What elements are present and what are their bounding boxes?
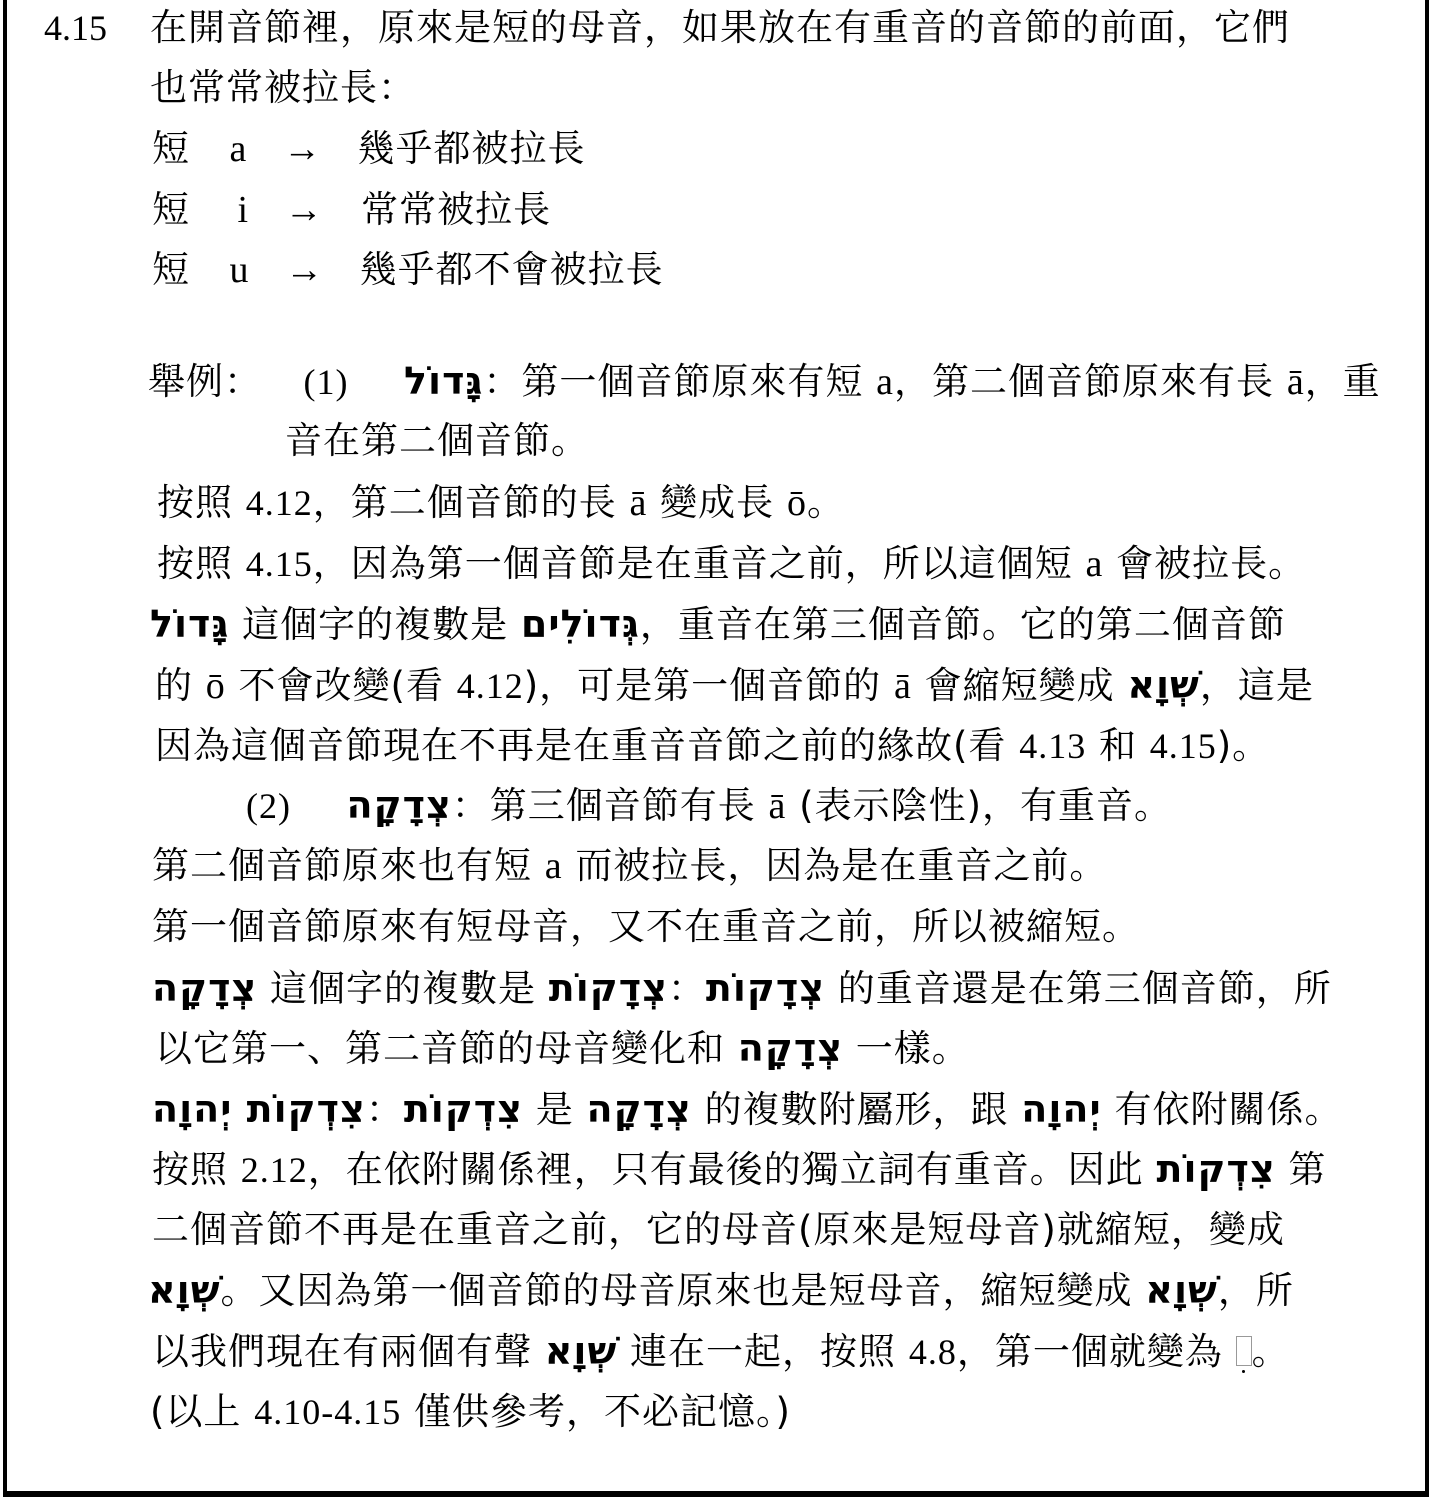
rule-label: 短: [152, 127, 190, 170]
text: 的: [155, 664, 206, 707]
example1-p1: 按照 4.12，第二個音節的長 ā 變成長 ō。: [157, 479, 845, 527]
text: ，重音在第三個音節。它的第二個音節: [640, 603, 1286, 646]
vowel: ā: [630, 482, 648, 524]
intro-line-2: 也常常被拉長：: [150, 64, 416, 112]
text: (表示陰性)，有重音。: [786, 784, 1172, 827]
example-lead: 舉例：: [148, 360, 262, 403]
hebrew-word: צְדָקָה: [347, 781, 452, 829]
text: ，所: [1218, 1269, 1294, 1312]
intro-line-1: 在開音節裡，原來是短的母音，如果放在有重音的音節的前面，它們: [150, 4, 1290, 52]
text: ：: [366, 1088, 404, 1131]
text: 第二個音節原來也有短: [152, 844, 545, 887]
example2-l6: צִדְקוֹת יְהוָה：צִדְקוֹת 是 צְדָקָה 的複數附屬…: [152, 1085, 1342, 1133]
text: 會被拉長。: [1103, 542, 1306, 585]
text: 以我們現在有兩個有聲: [152, 1330, 545, 1373]
example2-header: (2) צְדָקָה：第三個音節有長 ā (表示陰性)，有重音。: [246, 781, 1172, 829]
hebrew-construct-phrase: צִדְקוֹת יְהוָה: [152, 1085, 366, 1133]
example2-l5: 以它第一、第二音節的母音變化和 צְדָקָה 一樣。: [155, 1024, 970, 1072]
intro-text-2: 也常常被拉長：: [150, 66, 416, 109]
rule-vowel: a: [230, 128, 248, 170]
rule-result: 幾乎都不會被拉長: [360, 248, 664, 291]
text: 一樣。: [843, 1027, 970, 1070]
text: 因為這個音節現在不再是在重音音節之前的緣故(看: [155, 724, 1019, 767]
section-ref: 4.12: [246, 483, 313, 523]
text: 二個音節不再是在重音之前，它的母音(原來是短母音)就縮短，變成: [152, 1208, 1285, 1251]
text: 以它第一、第二音節的母音變化和: [155, 1027, 738, 1070]
example-index: (1): [304, 362, 349, 402]
vowel: ā: [769, 785, 787, 827]
text: 連在一起，按照: [617, 1330, 909, 1373]
text: ，第一個就變為: [957, 1330, 1236, 1373]
hebrew-plural: גְּדוֹלִים: [521, 600, 640, 648]
text: ，在依附關係裡，只有最後的獨立詞有重音。因此: [308, 1148, 1157, 1191]
hebrew-sheva: שְׁוָא: [1127, 661, 1200, 709]
text: 僅供參考，不必記憶。): [401, 1390, 791, 1433]
text: 是: [523, 1088, 587, 1131]
text: 按照: [157, 542, 246, 585]
example-index: (2): [246, 786, 291, 826]
desc-text: ，重: [1305, 360, 1381, 403]
text: ：第三個音節有長: [452, 784, 769, 827]
text: 。又因為第一個音節的母音原來也是短母音，縮短變成: [221, 1269, 1146, 1312]
example2-l3: 第一個音節原來有短母音，又不在重音之前，所以被縮短。: [152, 903, 1140, 951]
hebrew-construct: צִדְקוֹת: [404, 1085, 523, 1133]
example1-p4: 的 ō 不會改變(看 4.12)，可是第一個音節的 ā 會縮短變成 שְׁוָא…: [155, 661, 1314, 709]
text: ，第二個音節的長: [313, 481, 630, 524]
example2-l7: 按照 2.12，在依附關係裡，只有最後的獨立詞有重音。因此 צִדְקוֹת 第: [152, 1145, 1326, 1193]
rule-result: 幾乎都被拉長: [357, 127, 585, 170]
rule-row: 短 i → 常常被拉長: [152, 186, 551, 234]
text: 這個字的複數是: [257, 967, 549, 1010]
text: 的重音還是在第三個音節，所: [825, 967, 1332, 1010]
text: ，因為第一個音節是在重音之前，所以這個短: [313, 542, 1086, 585]
text: ，這是: [1200, 664, 1314, 707]
text: 的複數附屬形，跟: [692, 1088, 1022, 1131]
rule-row: 短 a → 幾乎都被拉長: [152, 125, 585, 173]
example1-header: 舉例： (1) גָּדוֹל：第一個音節原來有短 a，第二個音節原來有長 ā，…: [148, 357, 1381, 405]
desc-text: 音在第二個音節。: [285, 419, 589, 462]
example1-cont: 音在第二個音節。: [285, 417, 589, 465]
rule-row: 短 u → 幾乎都不會被拉長: [152, 246, 664, 294]
desc-text: ，第二個音節原來有長: [894, 360, 1287, 403]
section-ref: 4.8: [909, 1332, 957, 1372]
vowel: ō: [787, 482, 807, 524]
arrow-icon: →: [285, 189, 324, 231]
hebrew-word: צְדָקָה: [586, 1085, 691, 1133]
vowel: a: [876, 361, 894, 403]
rule-label: 短: [152, 188, 190, 231]
missing-glyph-icon: [1236, 1336, 1252, 1366]
text: (以上: [150, 1390, 254, 1433]
example2-l4: צְדָקָה 這個字的複數是 צְדָקוֹת：צְדָקוֹת 的重音還是在…: [152, 964, 1332, 1012]
text: 和: [1086, 724, 1150, 767]
example2-l2: 第二個音節原來也有短 a 而被拉長，因為是在重音之前。: [152, 842, 1107, 890]
rule-result: 常常被拉長: [361, 188, 551, 231]
text: )。: [1217, 724, 1270, 767]
hebrew-sheva: שְׁוָא: [1145, 1266, 1218, 1314]
arrow-icon: →: [285, 249, 324, 291]
hebrew-word: צְדָקָה: [738, 1024, 843, 1072]
text: 第一個音節原來有短母音，又不在重音之前，所以被縮短。: [152, 905, 1140, 948]
hebrew-word: גָּדוֹל: [404, 357, 483, 405]
example1-p2: 按照 4.15，因為第一個音節是在重音之前，所以這個短 a 會被拉長。: [157, 540, 1306, 588]
rule-label: 短: [152, 248, 190, 291]
text: 會縮短變成: [912, 664, 1128, 707]
hebrew-sheva: שְׁוָא: [148, 1266, 221, 1314]
section-ref: 4.13: [1019, 726, 1086, 766]
section-ref: 2.12: [241, 1150, 308, 1190]
text: 有依附關係。: [1102, 1088, 1343, 1131]
hebrew-word: צְדָקָה: [152, 964, 257, 1012]
vowel: a: [545, 845, 563, 887]
hebrew-plural: צְדָקוֹת: [706, 964, 825, 1012]
text: )，可是第一個音節的: [524, 664, 894, 707]
vowel: a: [1086, 543, 1104, 585]
intro-text-1: 在開音節裡，原來是短的母音，如果放在有重音的音節的前面，它們: [150, 6, 1290, 49]
rule-vowel: i: [238, 189, 250, 231]
example2-l10: 以我們現在有兩個有聲 שְׁוָא 連在一起，按照 4.8，第一個就變為 。: [152, 1327, 1290, 1375]
text: 第: [1276, 1148, 1327, 1191]
vowel: ō: [206, 665, 226, 707]
section-ref: 4.15: [1150, 726, 1217, 766]
vowel: ā: [1287, 361, 1305, 403]
example2-l9: שְׁוָא。又因為第一個音節的母音原來也是短母音，縮短變成 שְׁוָא，所: [148, 1266, 1294, 1314]
example1-p5: 因為這個音節現在不再是在重音音節之前的緣故(看 4.13 和 4.15)。: [155, 722, 1270, 770]
text: 。: [1252, 1330, 1290, 1373]
desc-text: ：第一個音節原來有短: [483, 360, 876, 403]
text: 這個字的複數是: [229, 603, 521, 646]
rule-vowel: u: [230, 249, 250, 291]
hebrew-yhwh: יְהוָה: [1021, 1085, 1101, 1133]
hebrew-sheva: שְׁוָא: [545, 1327, 618, 1375]
text: 按照: [152, 1148, 241, 1191]
section-ref: 4.15: [246, 544, 313, 584]
hebrew-word: גָּדוֹל: [150, 600, 229, 648]
hebrew-plural: צְדָקוֹת: [549, 964, 668, 1012]
text: 變成長: [647, 481, 787, 524]
text: 按照: [157, 481, 246, 524]
section-ref: 4.10-4.15: [254, 1392, 401, 1432]
hebrew-construct: צִדְקוֹת: [1157, 1145, 1276, 1193]
text: 而被拉長，因為是在重音之前。: [563, 844, 1108, 887]
example1-p3: גָּדוֹל 這個字的複數是 גְּדוֹלִים，重音在第三個音節。它的第二…: [150, 600, 1286, 648]
text: 。: [807, 481, 845, 524]
vowel: ā: [894, 665, 912, 707]
section-ref: 4.12: [457, 666, 524, 706]
text: ：: [668, 967, 706, 1010]
text: 不會改變(看: [226, 664, 457, 707]
arrow-icon: →: [283, 128, 322, 170]
section-number: 4.15: [44, 4, 107, 52]
example2-l8: 二個音節不再是在重音之前，它的母音(原來是短母音)就縮短，變成: [152, 1206, 1285, 1254]
footnote: (以上 4.10-4.15 僅供參考，不必記憶。): [150, 1388, 791, 1436]
